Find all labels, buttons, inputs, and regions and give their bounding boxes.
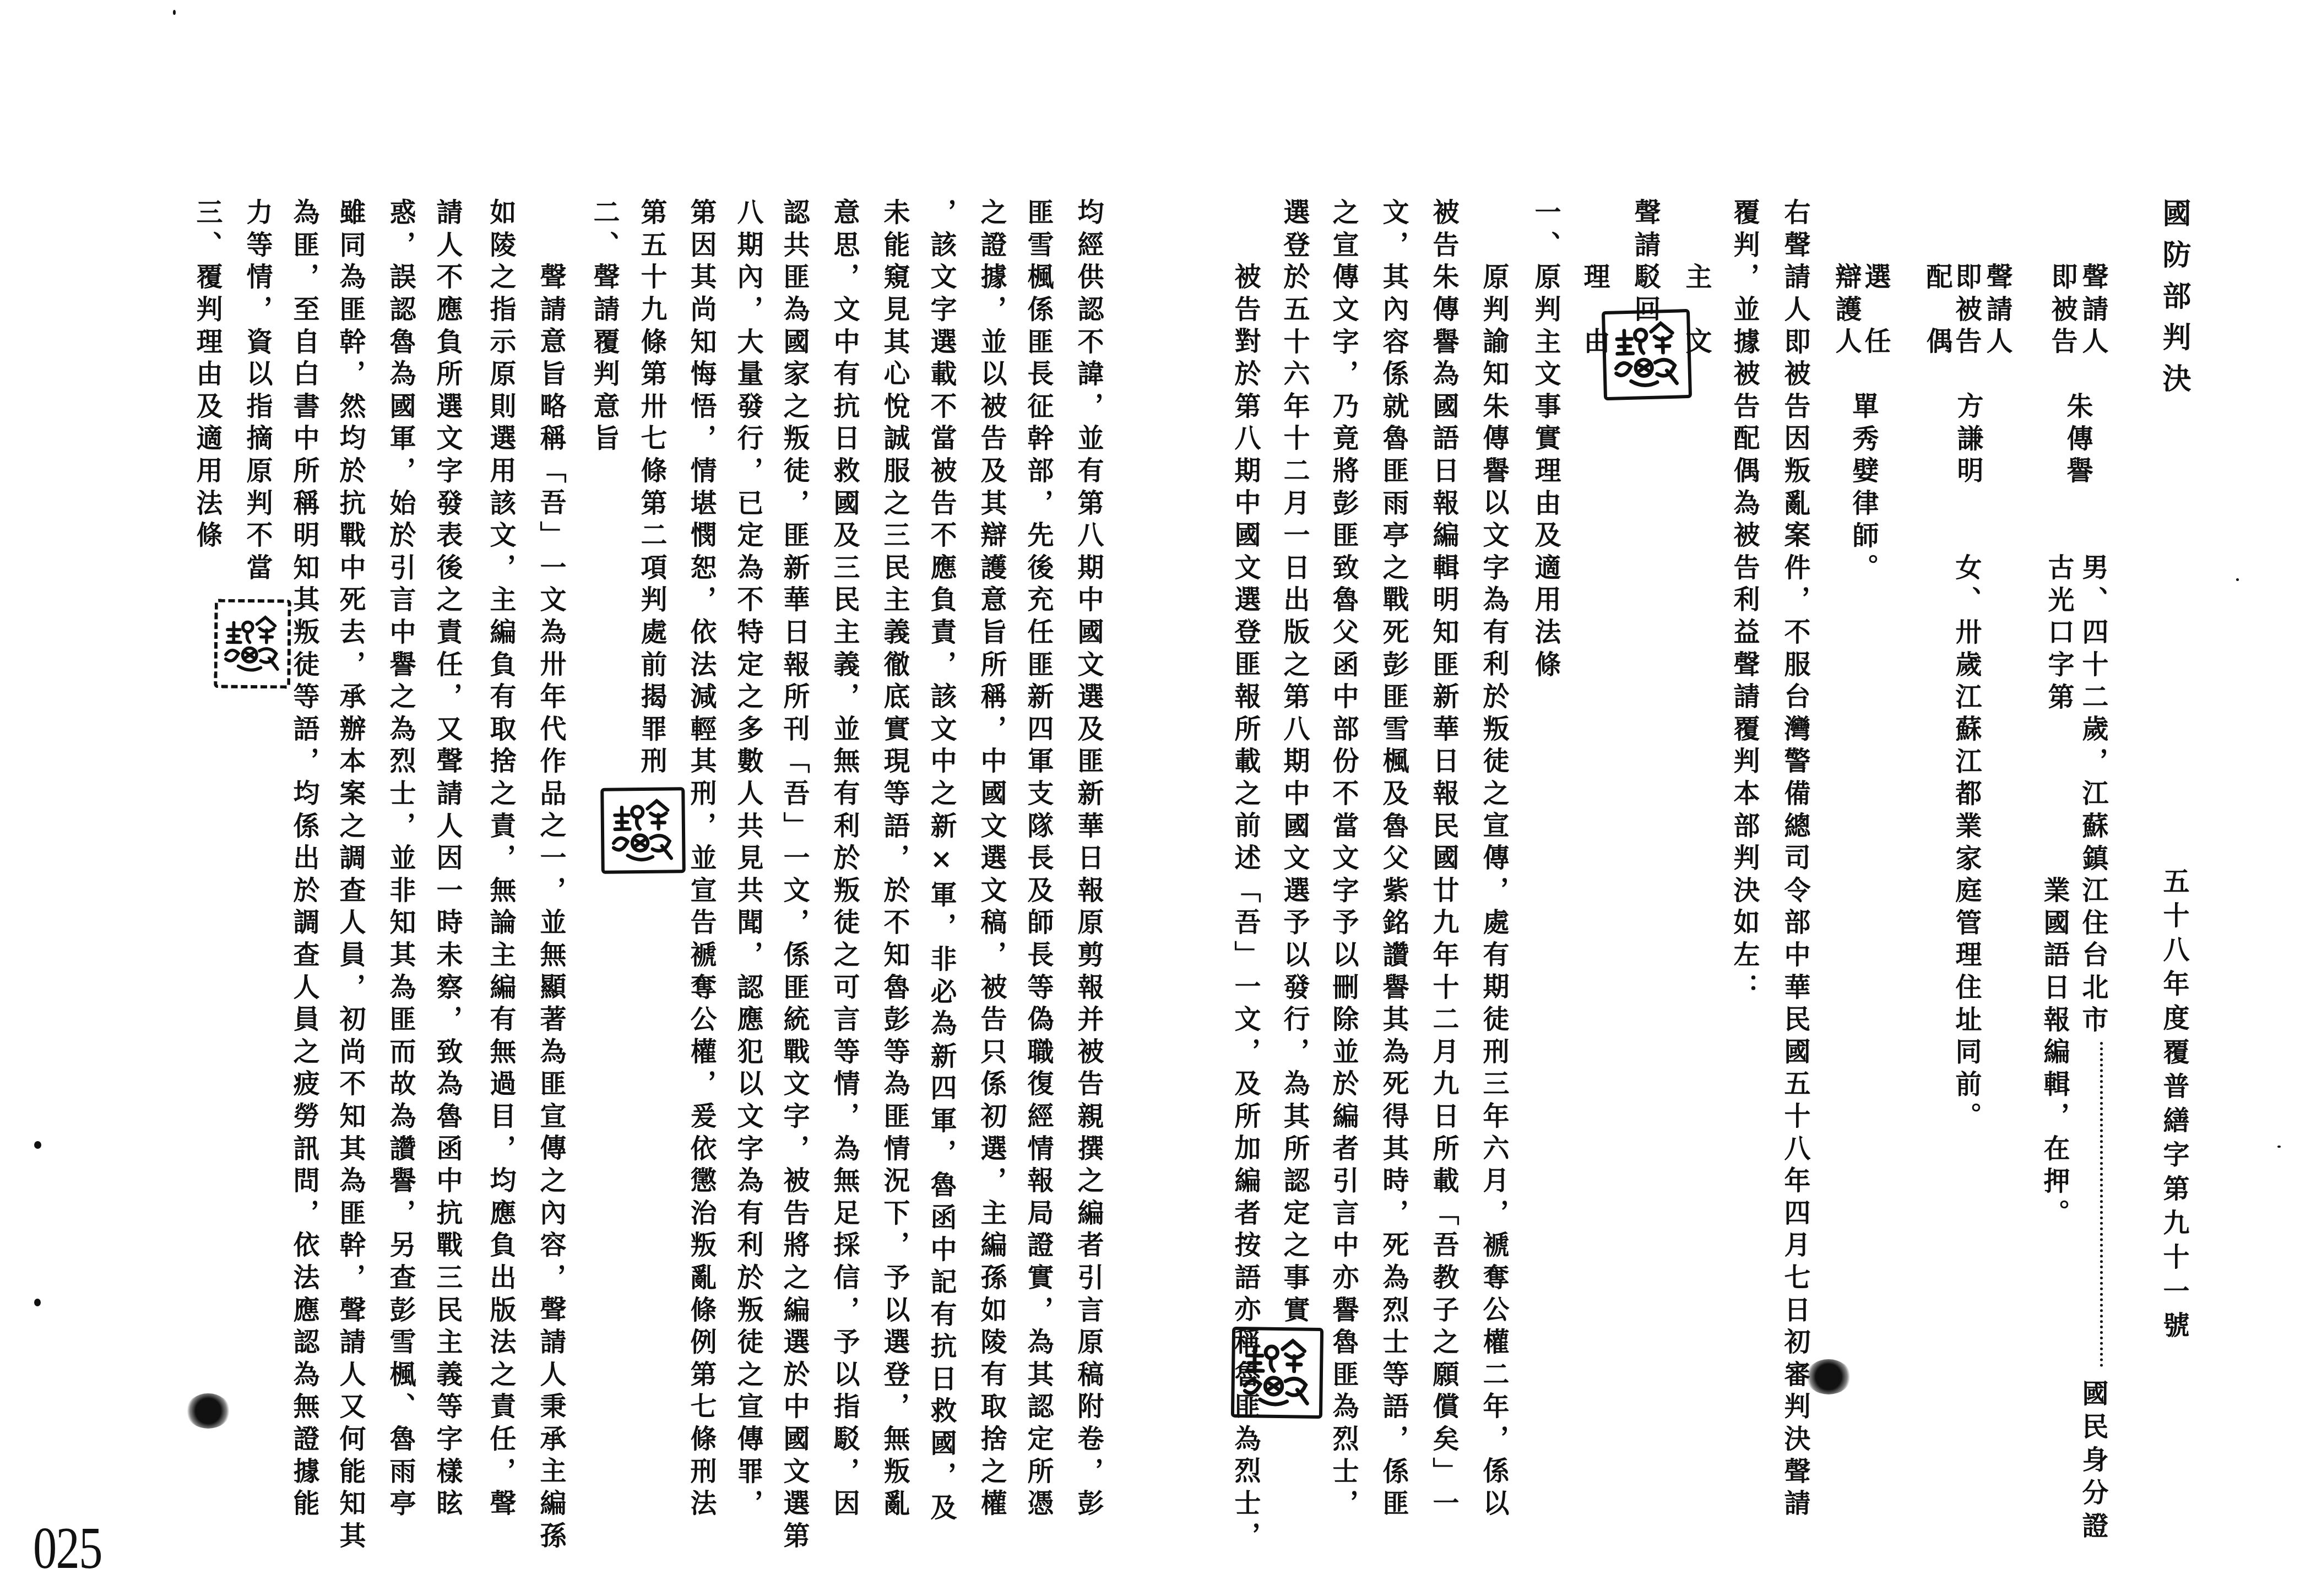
section-1-continued-line: 八期內，大量發行，已定為不特定之多數人共見共聞，認應犯以文字為有利於叛徒之宣傳罪… [735, 198, 761, 1522]
spouse-name: 方謙明 [1955, 392, 1981, 489]
main-heading-char-1: 主 [1683, 263, 1710, 295]
counsel-role-label-2: 辯護人 [1833, 263, 1859, 360]
section-3-heading: 三、覆判理由及適用法條 [194, 198, 220, 553]
scan-speck [2277, 1146, 2281, 1148]
scan-smudge [1806, 1359, 1851, 1394]
document-title: 國防部判決 [2160, 198, 2188, 405]
applicant-details-line-1: 男、四十二歲，江蘇鎮江住台北市 [2080, 553, 2106, 1038]
preamble-line-2: 覆判，並據被告配偶為被告利益聲請覆判本部判決如左： [1731, 198, 1757, 1005]
section-1-line: 原判諭知朱傳譽以文字為有利於叛徒之宣傳，處有期徒刑三年六月，褫奪公權二年，係以 [1480, 263, 1507, 1521]
section-1-continued-line: ，該文字選載不當被告不應負責，該文中之新×軍，非必為新四軍，魯函中記有抗日救國，… [928, 198, 954, 1526]
counsel-name: 單秀嬖律師。 [1850, 392, 1876, 586]
section-1-continued-line: 之證據，並以被告及其辯護意旨所稱，中國文選文稿，被告只係初選，主編孫如陵有取捨之… [978, 198, 1005, 1522]
section-1-line: 之宣傳文字，乃竟將彭匪致魯父函中部份不當文字予以刪除並於編者引言中亦譽魯匪為烈士… [1330, 198, 1357, 1522]
spouse-details: 女、卅歲江蘇江都業家庭管理住址同前。 [1953, 553, 1979, 1134]
spouse-role-label-3a: 配 [1924, 263, 1950, 295]
section-2-heading: 二、聲請覆判意旨 [591, 198, 617, 457]
section-2-line: 請人不應負所選文字發表後之責任，又聲請人因一時未察，致為魯函中抗戰三民主義等字樣… [434, 198, 460, 1522]
section-2-line: 如陵之指示原則選用該文，主編負有取捨之責，無論主編有無過目，均應負出版法之責任，… [487, 198, 514, 1522]
spouse-role-label-3b: 偶 [1924, 327, 1950, 360]
scan-speck [34, 1299, 41, 1306]
section-1-continued-line: 第因其尚知悔悟，情堪憫恕，依法減輕其刑，並宣告褫奪公權，爰依懲治叛亂條例第七條刑… [688, 198, 714, 1522]
applicant-occupation: 業國語日報編輯，在押。 [2041, 876, 2068, 1231]
spouse-role-label-2: 即被告 [1953, 263, 1979, 360]
main-ruling: 聲請駁回 [1632, 198, 1658, 327]
seal-script-icon [217, 602, 287, 685]
section-1-continued-line: 匪雪楓係匪長征幹部，先後充任匪新四軍支隊長及師長等偽職復經情報局證實，為其認定所… [1025, 198, 1051, 1522]
section-2-line: 惑，誤認魯為國軍，始於引言中譽之為烈士，並非知其為匪而故為讚譽，另查彭雪楓、魯雨… [387, 198, 414, 1522]
case-number: 五十八年度覆普繕字第九十一號 [2161, 867, 2187, 1345]
counsel-role-label-b: 任 [1862, 327, 1889, 360]
applicant-role-label: 聲請人 [2080, 263, 2106, 360]
section-1-continued-line: 均經供認不諱，並有第八期中國文選及匪新華日報原剪報并被告親撰之編者引言原稿附卷，… [1075, 198, 1102, 1522]
reasons-heading-char-1: 理 [1581, 263, 1608, 295]
official-seal-stamp [1231, 1327, 1323, 1419]
section-2-line: 雖同為匪幹，然均於抗戰中死去，承辦本案之調查人員，初尚不知其為匪幹，聲請人又何能… [337, 198, 364, 1554]
section-1-heading: 一、原判主文事實理由及適用法條 [1532, 198, 1559, 682]
applicant-role-label-2: 即被告 [2049, 263, 2075, 360]
seal-script-icon [1605, 312, 1689, 397]
section-1-line: 被告朱傳譽為國語日報編輯明知匪新華日報民國廿九年十二月九日所載「吾教子之願償矣」… [1430, 198, 1457, 1522]
section-1-line: 選登於五十六年十二月一日出版之第八期中國文選予以發行，為其所認定之事實 [1281, 198, 1308, 1328]
seal-script-icon [604, 790, 682, 870]
redaction-dotted-line [2100, 1042, 2103, 1367]
scan-speck [2236, 578, 2239, 581]
section-2-line: 聲請意旨略稱「吾」一文為卅年代作品之一，並無顯著為匪宣傳之內容，聲請人秉承主編孫 [538, 263, 564, 1554]
section-1-continued-line: 第五十九條第卅七條第二項判處前揭罪刑 [638, 198, 665, 779]
section-1-line: 文，其內容係就魯匪雨亭之戰死彭匪雪楓及魯父紫銘讚譽其為死得其時，死為烈士等語，係… [1380, 198, 1407, 1522]
applicant-id-label: 國民身分證 [2080, 1380, 2106, 1545]
right-page [1151, 0, 2300, 1596]
scan-speck [173, 10, 176, 15]
section-1-continued-line: 認共匪為國家之叛徒，匪新華日報所刊「吾」一文，係匪統戰文字，被告將之編選於中國文… [781, 198, 807, 1554]
spouse-role-label: 聲請人 [1984, 263, 2010, 360]
seal-script-icon [1234, 1330, 1320, 1415]
applicant-id-prefix: 古光口字第 [2046, 553, 2072, 715]
preamble-line-1: 右聲請人即被告因叛亂案件，不服台灣警備總司令部中華民國五十八年四月七日初審判決聲… [1782, 198, 1808, 1522]
official-seal-stamp [214, 599, 291, 688]
scan-speck [34, 1141, 41, 1149]
scan-smudge [186, 1393, 230, 1429]
section-1-continued-line: 未能窺見其心悅誠服之三民主義徹底實現等語，於不知魯彭等為匪情況下，予以選登，無叛… [881, 198, 908, 1522]
applicant-name: 朱傳譽 [2064, 392, 2091, 489]
counsel-role-label-a: 選 [1862, 263, 1889, 295]
section-2-line: 力等情，資以指摘原判不當 [244, 198, 270, 585]
official-seal-stamp [600, 787, 686, 874]
official-seal-stamp [1602, 309, 1692, 400]
section-2-line: 為匪，至自白書中所稱明知其叛徒等語，均係出於調查人員之疲勞訊問，依法應認為無證據… [291, 198, 317, 1522]
page-number: 025 [33, 1519, 102, 1578]
section-1-continued-line: 意思，文中有抗日救國及三民主義，並無有利於叛徒之可言等情，為無足採信，予以指駁，… [831, 198, 858, 1522]
